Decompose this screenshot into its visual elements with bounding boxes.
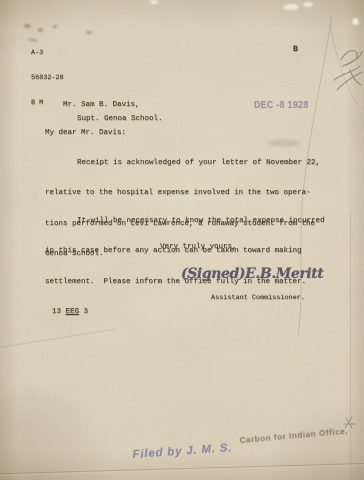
ink-smudge — [53, 25, 57, 28]
reference-line: 13 EEG 3 — [52, 307, 88, 317]
file-code-block: A-3 56832-28 B M — [31, 33, 64, 123]
ink-smudge — [24, 24, 31, 28]
reference-suffix: 3 — [79, 308, 88, 316]
bottom-crease — [0, 463, 364, 475]
recipient-name: Mr. Sam B. Davis, — [63, 100, 140, 110]
carbon-note-stamp: Carbon for Indian Office. — [239, 427, 348, 445]
file-code-line: B M — [31, 99, 64, 107]
salutation: My dear Mr. Davis: — [45, 128, 126, 138]
paper-chip — [283, 4, 299, 10]
page-letter: B — [293, 45, 298, 54]
paper-chip — [352, 18, 359, 25]
ink-smudge — [38, 28, 43, 32]
closing-phrase: Very truly yours, — [160, 240, 237, 254]
scanned-letter-page: A-3 56832-28 B M B DEC -8 1928 Mr. Sam B… — [0, 0, 364, 480]
paper-chip — [150, 0, 158, 4]
right-crease — [350, 210, 351, 480]
file-code-line: 56832-28 — [31, 74, 64, 82]
reference-prefix: 13 — [52, 308, 66, 316]
filed-by-stamp: Filed by J. M. S. — [132, 442, 232, 461]
file-code-line: A-3 — [31, 49, 64, 57]
left-crease — [0, 329, 115, 349]
ink-smudge — [86, 31, 92, 34]
recipient-title: Supt. Genoa School. — [77, 114, 163, 124]
pencil-stroke — [330, 24, 357, 104]
typist-initials: EEG — [66, 308, 80, 316]
signature-stamp: (Signed)E.B.Meritt — [181, 266, 323, 282]
body-line: Receipt is acknowledged of your letter o… — [45, 156, 320, 170]
body-line: It will be necessary to know the total e… — [45, 214, 325, 228]
pencil-initials — [334, 51, 362, 90]
signature-title: Assistant Commissioner. — [211, 293, 305, 303]
paper-chip — [303, 2, 313, 7]
received-date-stamp: DEC -8 1928 — [254, 100, 309, 111]
